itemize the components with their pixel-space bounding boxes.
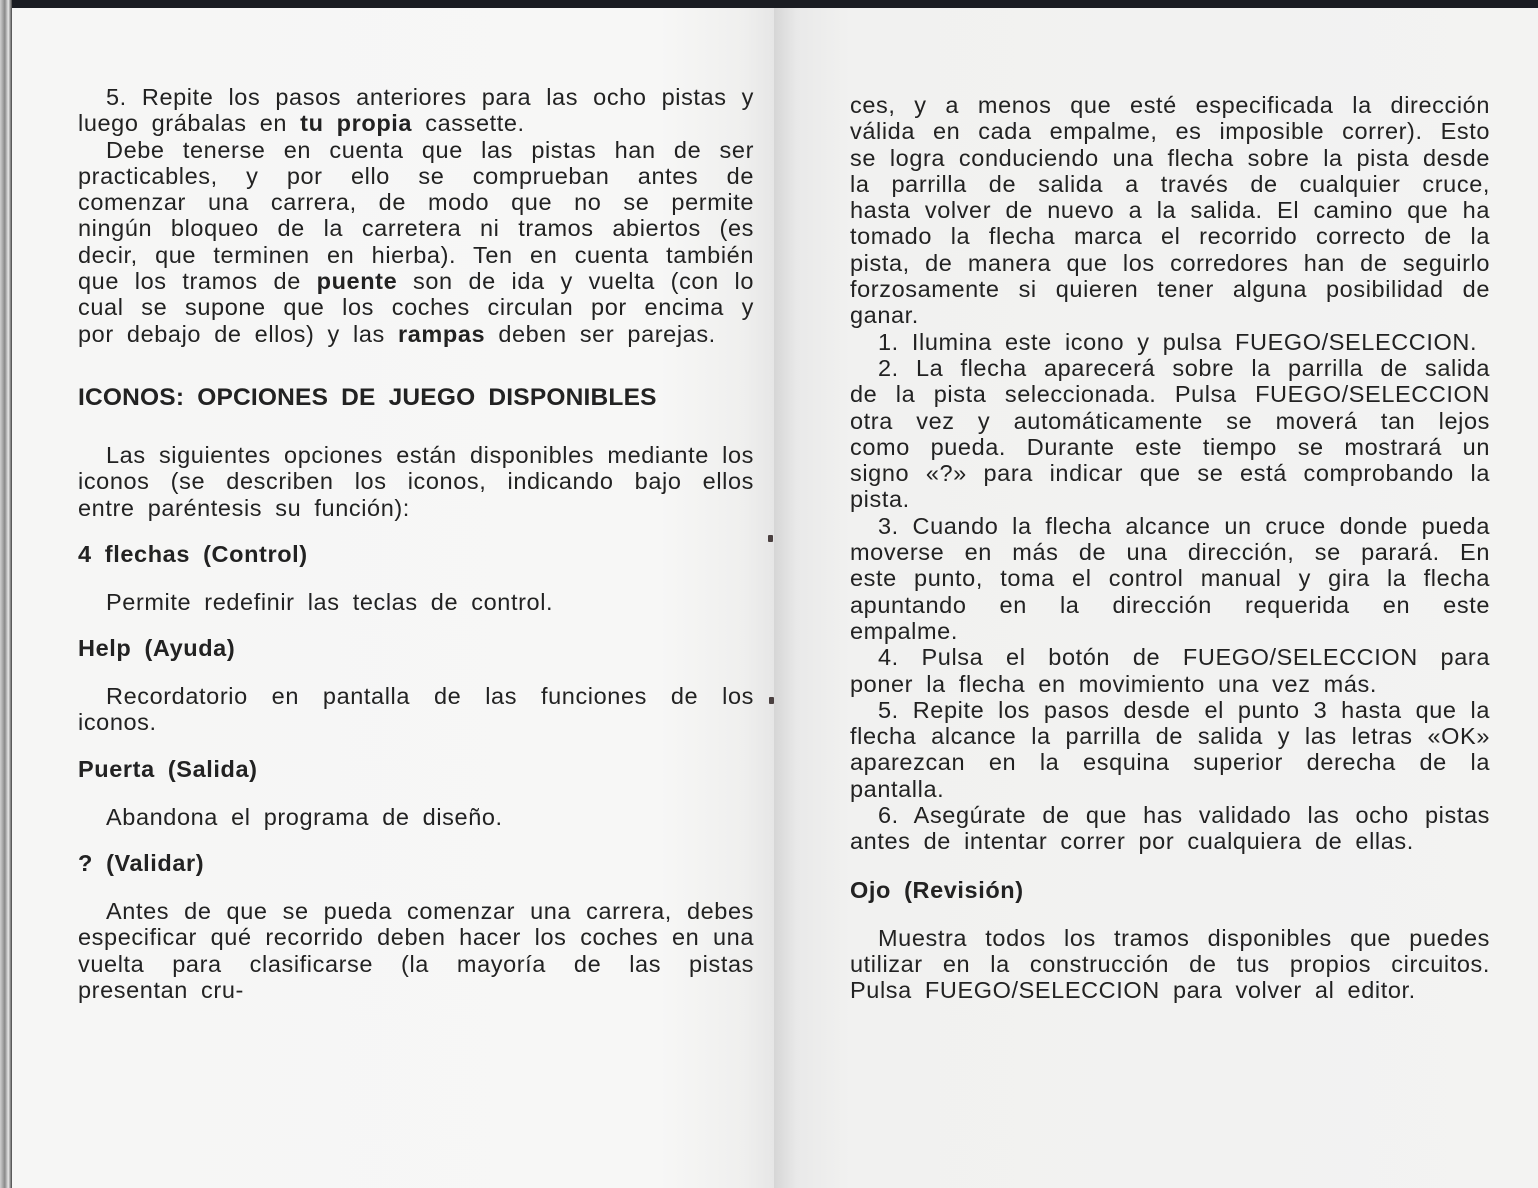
right-page: ces, y a menos que esté especificada la … xyxy=(774,8,1538,1188)
icon-description-help: Recordatorio en pantalla de las funcione… xyxy=(78,683,754,736)
emphasis: rampas xyxy=(398,321,485,347)
icon-title-exit: Puerta (Salida) xyxy=(78,756,754,782)
paragraph-continuation: ces, y a menos que esté especificada la … xyxy=(850,92,1490,329)
icon-description-validate: Antes de que se pueda comenzar una carre… xyxy=(78,898,754,1003)
section-heading: ICONOS: OPCIONES DE JUEGO DISPONIBLES xyxy=(78,385,754,410)
step-2: 2. La flecha aparecerá sobre la parrilla… xyxy=(850,355,1490,513)
left-column: 5. Repite los pasos anteriores para las … xyxy=(78,84,754,1003)
book-edge xyxy=(0,0,12,1188)
emphasis: puente xyxy=(317,268,398,294)
step-1: 1. Ilumina este icono y pulsa FUEGO/SELE… xyxy=(850,329,1490,355)
paragraph-track-rules: Debe tenerse en cuenta que las pistas ha… xyxy=(78,137,754,347)
icon-description-control: Permite redefinir las teclas de control. xyxy=(78,589,754,615)
section-intro: Las siguientes opciones están disponible… xyxy=(78,442,754,521)
step-3: 3. Cuando la flecha alcance un cruce don… xyxy=(850,513,1490,644)
icon-description-exit: Abandona el programa de diseño. xyxy=(78,804,754,830)
icon-title-help: Help (Ayuda) xyxy=(78,635,754,661)
step-6: 6. Asegúrate de que has validado las och… xyxy=(850,802,1490,855)
emphasis: tu propia xyxy=(300,110,412,136)
icon-title-control: 4 flechas (Control) xyxy=(78,541,754,567)
icon-description-review: Muestra todos los tramos disponibles que… xyxy=(850,925,1490,1004)
left-page: 5. Repite los pasos anteriores para las … xyxy=(12,8,774,1188)
icon-title-validate: ? (Validar) xyxy=(78,850,754,876)
icon-title-review: Ojo (Revisión) xyxy=(850,877,1490,903)
staple-top xyxy=(768,535,773,542)
right-column: ces, y a menos que esté especificada la … xyxy=(850,92,1490,1004)
paragraph-repeat-steps: 5. Repite los pasos anteriores para las … xyxy=(78,84,754,137)
step-5: 5. Repite los pasos desde el punto 3 has… xyxy=(850,697,1490,802)
manual-spread: 5. Repite los pasos anteriores para las … xyxy=(12,8,1538,1188)
step-4: 4. Pulsa el botón de FUEGO/SELECCION par… xyxy=(850,644,1490,697)
